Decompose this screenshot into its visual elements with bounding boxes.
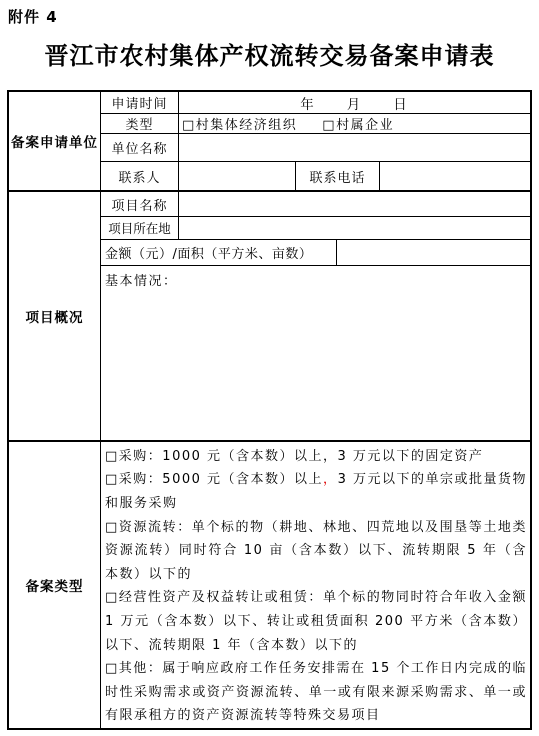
row-amount: 金额（元）/面积（平方米、亩数） (101, 239, 530, 265)
checkbox-asset-lease-icon[interactable]: □ (105, 590, 119, 605)
unit-name-label: 单位名称 (101, 134, 179, 161)
filing-item-text: 资源流转：单个标的物（耕地、林地、四荒地以及围垦等土地类资源流转）同时符合 10… (105, 520, 527, 582)
row-project-name: 项目名称 (101, 192, 530, 216)
application-form-table: 备案申请单位 申请时间 年 月 日 类型 □村集体经济组织 □村属企业 单位名称 (7, 90, 532, 730)
contact-field[interactable] (179, 162, 296, 190)
section-label-filing-type: 备案类型 (9, 442, 101, 728)
amount-area-label: 金额（元）/面积（平方米、亩数） (101, 240, 337, 265)
row-project-location: 项目所在地 (101, 216, 530, 239)
project-name-field[interactable] (179, 192, 530, 216)
section-applicant: 备案申请单位 申请时间 年 月 日 类型 □村集体经济组织 □村属企业 单位名称 (9, 92, 530, 190)
row-type: 类型 □村集体经济组织 □村属企业 (101, 113, 530, 133)
attachment-label: 附件 4 (8, 6, 539, 27)
filing-type-item-resource-transfer: □资源流转：单个标的物（耕地、林地、四荒地以及围垦等土地类资源流转）同时符合 1… (105, 516, 527, 587)
phone-label: 联系电话 (296, 162, 380, 190)
document-page: 附件 4 晋江市农村集体产权流转交易备案申请表 备案申请单位 申请时间 年 月 … (0, 0, 539, 736)
row-apply-time: 申请时间 年 月 日 (101, 92, 530, 113)
checkbox-procurement-goods-icon[interactable]: □ (105, 472, 119, 487)
unit-name-field[interactable] (179, 134, 530, 161)
checkbox-procurement-fixed-icon[interactable]: □ (105, 449, 119, 464)
apply-time-field[interactable]: 年 月 日 (179, 92, 530, 113)
filing-type-item-procurement-fixed: □采购：1000 元（含本数）以上，3 万元以下的固定资产 (105, 445, 527, 469)
filing-type-item-asset-lease: □经营性资产及权益转让或租赁：单个标的物同时符合年收入金额 1 万元（含本数）以… (105, 586, 527, 657)
section-filing-type: 备案类型 □采购：1000 元（含本数）以上，3 万元以下的固定资产 □采购：5… (9, 440, 530, 728)
type-label: 类型 (101, 114, 179, 133)
section-project: 项目概况 项目名称 项目所在地 金额（元）/面积（平方米、亩数） 基本情况： (9, 190, 530, 440)
filing-type-item-other: □其他：属于响应政府工作任务安排需在 15 个工作日内完成的临时性采购需求或资产… (105, 657, 527, 728)
project-name-label: 项目名称 (101, 192, 179, 216)
basic-info-field[interactable]: 基本情况： (101, 266, 530, 440)
apply-time-label: 申请时间 (101, 92, 179, 113)
project-location-label: 项目所在地 (101, 217, 179, 239)
filing-item-text: 采购：5000 元（含本数）以上 (119, 472, 323, 487)
phone-field[interactable] (380, 162, 530, 190)
section-label-applicant: 备案申请单位 (9, 92, 101, 190)
checkbox-other-icon[interactable]: □ (105, 661, 119, 676)
type-options: □村集体经济组织 □村属企业 (179, 114, 530, 133)
page-title: 晋江市农村集体产权流转交易备案申请表 (0, 41, 539, 71)
checkbox-village-collective[interactable]: □村集体经济组织 (182, 114, 297, 133)
basic-info-label: 基本情况： (105, 270, 178, 289)
amount-area-field[interactable] (337, 240, 530, 265)
row-contact: 联系人 联系电话 (101, 161, 530, 190)
contact-label: 联系人 (101, 162, 179, 190)
project-location-field[interactable] (179, 217, 530, 239)
filing-item-text: 其他：属于响应政府工作任务安排需在 15 个工作日内完成的临时性采购需求或资产资… (105, 661, 527, 723)
filing-item-text: 采购：1000 元（含本数）以上，3 万元以下的固定资产 (119, 449, 484, 464)
checkbox-village-enterprise[interactable]: □村属企业 (322, 114, 394, 133)
checkbox-resource-transfer-icon[interactable]: □ (105, 520, 119, 535)
filing-item-text: 经营性资产及权益转让或租赁：单个标的物同时符合年收入金额 1 万元（含本数）以下… (105, 590, 527, 652)
filing-type-list: □采购：1000 元（含本数）以上，3 万元以下的固定资产 □采购：5000 元… (101, 442, 530, 728)
row-basic-info: 基本情况： (101, 265, 530, 440)
red-comma: ， (323, 472, 338, 487)
section-label-project: 项目概况 (9, 192, 101, 440)
row-unit-name: 单位名称 (101, 133, 530, 161)
filing-type-item-procurement-goods: □采购：5000 元（含本数）以上，3 万元以下的单宗或批量货物和服务采购 (105, 468, 527, 515)
